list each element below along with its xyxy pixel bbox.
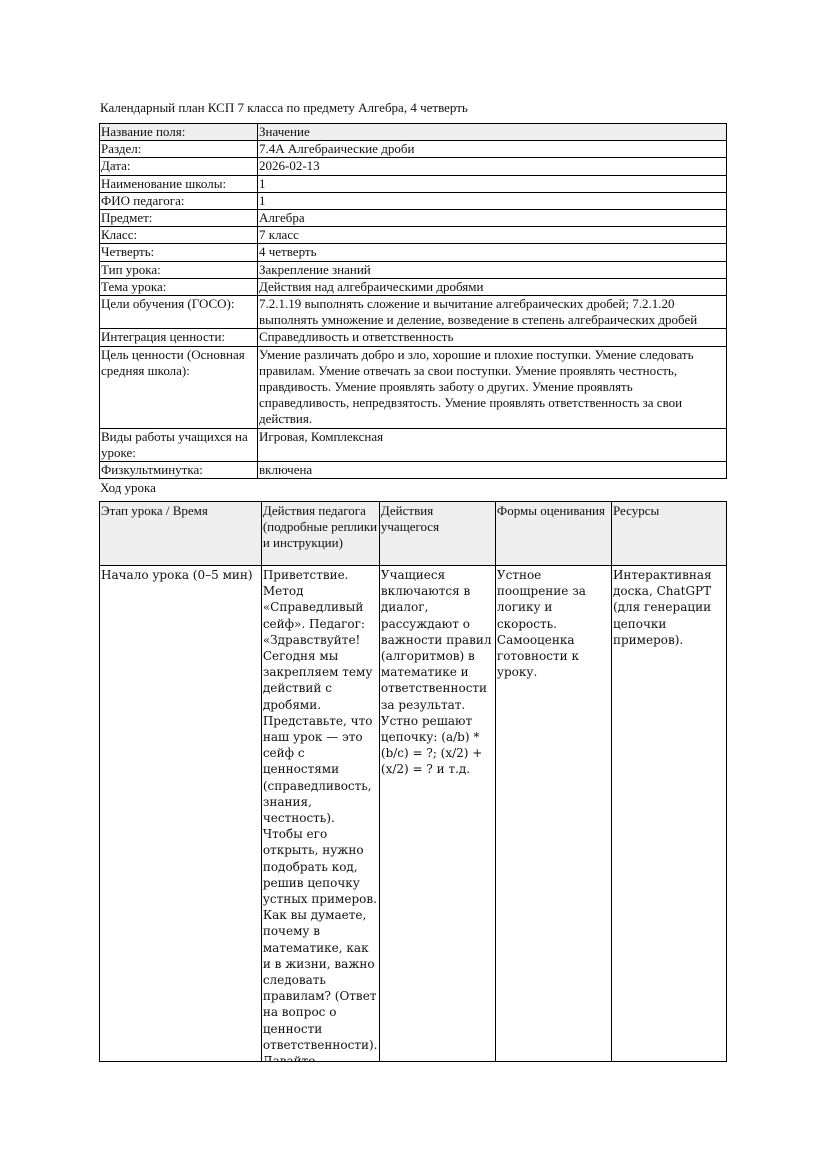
meta-row-learning-goals: Цели обучения (ГОСО): 7.2.1.19 выполнять… [100, 296, 727, 329]
meta-key: Тип урока: [100, 261, 258, 278]
plan-header-row: Этап урока / Время Действия педагога (по… [100, 502, 727, 566]
meta-value: 7 класс [258, 227, 727, 244]
meta-row-school: Наименование школы: 1 [100, 175, 727, 192]
meta-value: Справедливость и ответственность [258, 329, 727, 346]
meta-value: 7.4А Алгебраические дроби [258, 141, 727, 158]
meta-value: включена [258, 462, 727, 479]
meta-value: Умение различать добро и зло, хорошие и … [258, 346, 727, 428]
assessment-text: Устное поощрение за логику и скорость. С… [497, 567, 610, 1061]
meta-row-value-goal: Цель ценности (Основная средняя школа): … [100, 346, 727, 428]
cell-resources: Интерактивная доска, ChatGPT (для генера… [611, 566, 726, 1062]
meta-value: 2026-02-13 [258, 158, 727, 175]
meta-row-teacher: ФИО педагога: 1 [100, 192, 727, 209]
teacher-actions-text: Приветствие. Метод «Справедливый сейф». … [263, 567, 378, 1061]
student-actions-text: Учащиеся включаются в диалог, рассуждают… [381, 567, 494, 1061]
meta-key: ФИО педагога: [100, 192, 258, 209]
meta-row-section: Раздел: 7.4А Алгебраические дроби [100, 141, 727, 158]
header-resources: Ресурсы [611, 502, 726, 566]
meta-key: Физкультминутка: [100, 462, 258, 479]
plan-row: Начало урока (0–5 мин) Приветствие. Мето… [100, 566, 727, 1062]
header-assessment: Формы оценивания [495, 502, 611, 566]
meta-key: Виды работы учащихся на уроке: [100, 428, 258, 461]
cell-assessment: Устное поощрение за логику и скорость. С… [495, 566, 611, 1062]
meta-row-quarter: Четверть: 4 четверть [100, 244, 727, 261]
header-stage: Этап урока / Время [100, 502, 262, 566]
lesson-meta-table: Название поля: Значение Раздел: 7.4А Алг… [99, 123, 727, 479]
meta-key: Тема урока: [100, 278, 258, 295]
meta-key: Четверть: [100, 244, 258, 261]
meta-value: 4 четверть [258, 244, 727, 261]
meta-value: 7.2.1.19 выполнять сложение и вычитание … [258, 296, 727, 329]
meta-row-date: Дата: 2026-02-13 [100, 158, 727, 175]
cell-student-actions: Учащиеся включаются в диалог, рассуждают… [379, 566, 495, 1062]
cell-stage: Начало урока (0–5 мин) [100, 566, 262, 1062]
meta-value: Игровая, Комплексная [258, 428, 727, 461]
meta-value: Действия над алгебраическими дробями [258, 278, 727, 295]
meta-row-subject: Предмет: Алгебра [100, 210, 727, 227]
meta-key: Цели обучения (ГОСО): [100, 296, 258, 329]
meta-value: Алгебра [258, 210, 727, 227]
meta-key: Раздел: [100, 141, 258, 158]
header-student-actions: Действия учащегося [379, 502, 495, 566]
header-teacher-actions: Действия педагога (подробные реплики и и… [261, 502, 379, 566]
meta-key: Класс: [100, 227, 258, 244]
meta-row-physical-break: Физкультминутка: включена [100, 462, 727, 479]
meta-row-lesson-type: Тип урока: Закрепление знаний [100, 261, 727, 278]
lesson-flow-heading: Ход урока [100, 480, 156, 496]
meta-value: 1 [258, 175, 727, 192]
meta-key: Цель ценности (Основная средняя школа): [100, 346, 258, 428]
document-title: Календарный план КСП 7 класса по предмет… [100, 100, 468, 116]
meta-value: 1 [258, 192, 727, 209]
meta-value: Закрепление знаний [258, 261, 727, 278]
meta-key: Интеграция ценности: [100, 329, 258, 346]
meta-row-topic: Тема урока: Действия над алгебраическими… [100, 278, 727, 295]
lesson-flow-table: Этап урока / Время Действия педагога (по… [99, 501, 727, 1062]
meta-header-key: Название поля: [100, 124, 258, 141]
meta-row-work-types: Виды работы учащихся на уроке: Игровая, … [100, 428, 727, 461]
resources-text: Интерактивная доска, ChatGPT (для генера… [613, 567, 725, 1061]
meta-header-value: Значение [258, 124, 727, 141]
meta-header-row: Название поля: Значение [100, 124, 727, 141]
meta-key: Наименование школы: [100, 175, 258, 192]
meta-key: Предмет: [100, 210, 258, 227]
meta-row-value-integration: Интеграция ценности: Справедливость и от… [100, 329, 727, 346]
cell-teacher-actions: Приветствие. Метод «Справедливый сейф». … [261, 566, 379, 1062]
stage-text: Начало урока (0–5 мин) [101, 567, 260, 1061]
meta-key: Дата: [100, 158, 258, 175]
meta-row-grade: Класс: 7 класс [100, 227, 727, 244]
